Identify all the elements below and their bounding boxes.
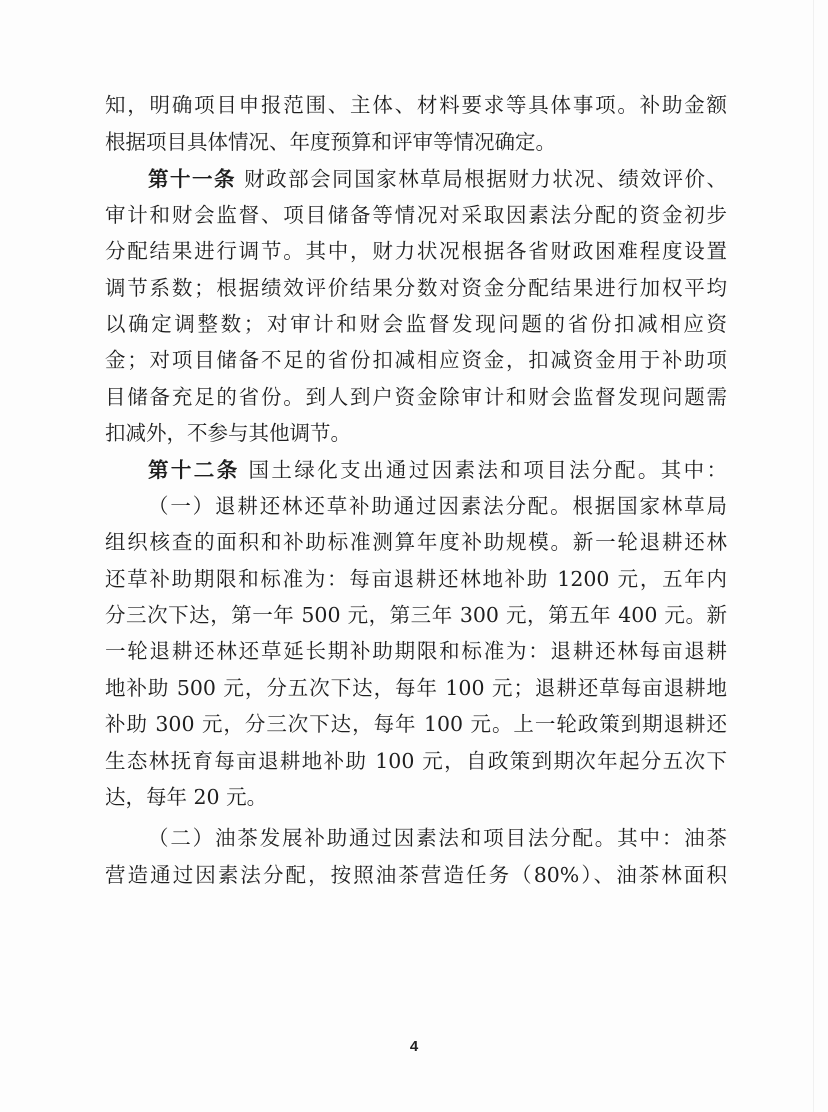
text-line-22: 营造通过因素法分配，按照油茶营造任务（80%）、油茶林面积: [105, 857, 727, 893]
text-line-4: 审计和财会监督、项目储备等情况对采取因素法分配的资金初步: [105, 197, 727, 233]
text-line-13: 组织核查的面积和补助标准测算年度补助规模。新一轮退耕还林: [105, 524, 727, 560]
text-line-16: 一轮退耕还林还草延长期补助期限和标准为：退耕还林每亩退耕: [105, 633, 727, 669]
text-line-5: 分配结果进行调节。其中，财力状况根据各省财政困难程度设置: [105, 233, 727, 269]
text-line-9: 目储备充足的省份。到人到户资金除审计和财会监督发现问题需: [105, 379, 727, 415]
scan-edge-divider: [813, 0, 814, 1112]
text-line-8: 金；对项目储备不足的省份扣减相应资金，扣减资金用于补助项: [105, 342, 727, 378]
text-line-10: 扣减外，不参与其他调节。: [105, 415, 727, 451]
item-2-heading-line: （二）油茶发展补助通过因素法和项目法分配。其中：油茶: [148, 820, 727, 856]
item-1-heading-line: （一）退耕还林还草补助通过因素法分配。根据国家林草局: [148, 488, 727, 524]
article-11-heading-line: 第十一条 财政部会同国家林草局根据财力状况、绩效评价、: [148, 161, 727, 197]
article-11-label: 第十一条: [148, 167, 236, 191]
text-line-19: 生态林抚育每亩退耕地补助 100 元，自政策到期次年起分五次下: [105, 743, 727, 779]
page-number: 4: [404, 1038, 424, 1055]
text-line-14: 还草补助期限和标准为：每亩退耕还林地补助 1200 元，五年内: [105, 561, 727, 597]
text-line-15: 分三次下达，第一年 500 元，第三年 300 元，第五年 400 元。新: [105, 597, 727, 633]
text-line-2: 根据项目具体情况、年度预算和评审等情况确定。: [105, 124, 727, 160]
document-page: 知，明确项目申报范围、主体、材料要求等具体事项。补助金额 根据项目具体情况、年度…: [0, 0, 828, 1112]
text-line-18: 补助 300 元，分三次下达，每年 100 元。上一轮政策到期退耕还: [105, 706, 727, 742]
text-line-17: 地补助 500 元，分五次下达，每年 100 元；退耕还草每亩退耕地: [105, 670, 727, 706]
text-line-6: 调节系数；根据绩效评价结果分数对资金分配结果进行加权平均: [105, 270, 727, 306]
text-line-1: 知，明确项目申报范围、主体、材料要求等具体事项。补助金额: [105, 87, 727, 123]
article-12-label: 第十二条: [148, 458, 240, 482]
text-line-20: 达，每年 20 元。: [105, 779, 727, 815]
text-line-7: 以确定调整数；对审计和财会监督发现问题的省份扣减相应资: [105, 306, 727, 342]
article-12-heading-line: 第十二条 国土绿化支出通过因素法和项目法分配。其中：: [148, 452, 727, 488]
